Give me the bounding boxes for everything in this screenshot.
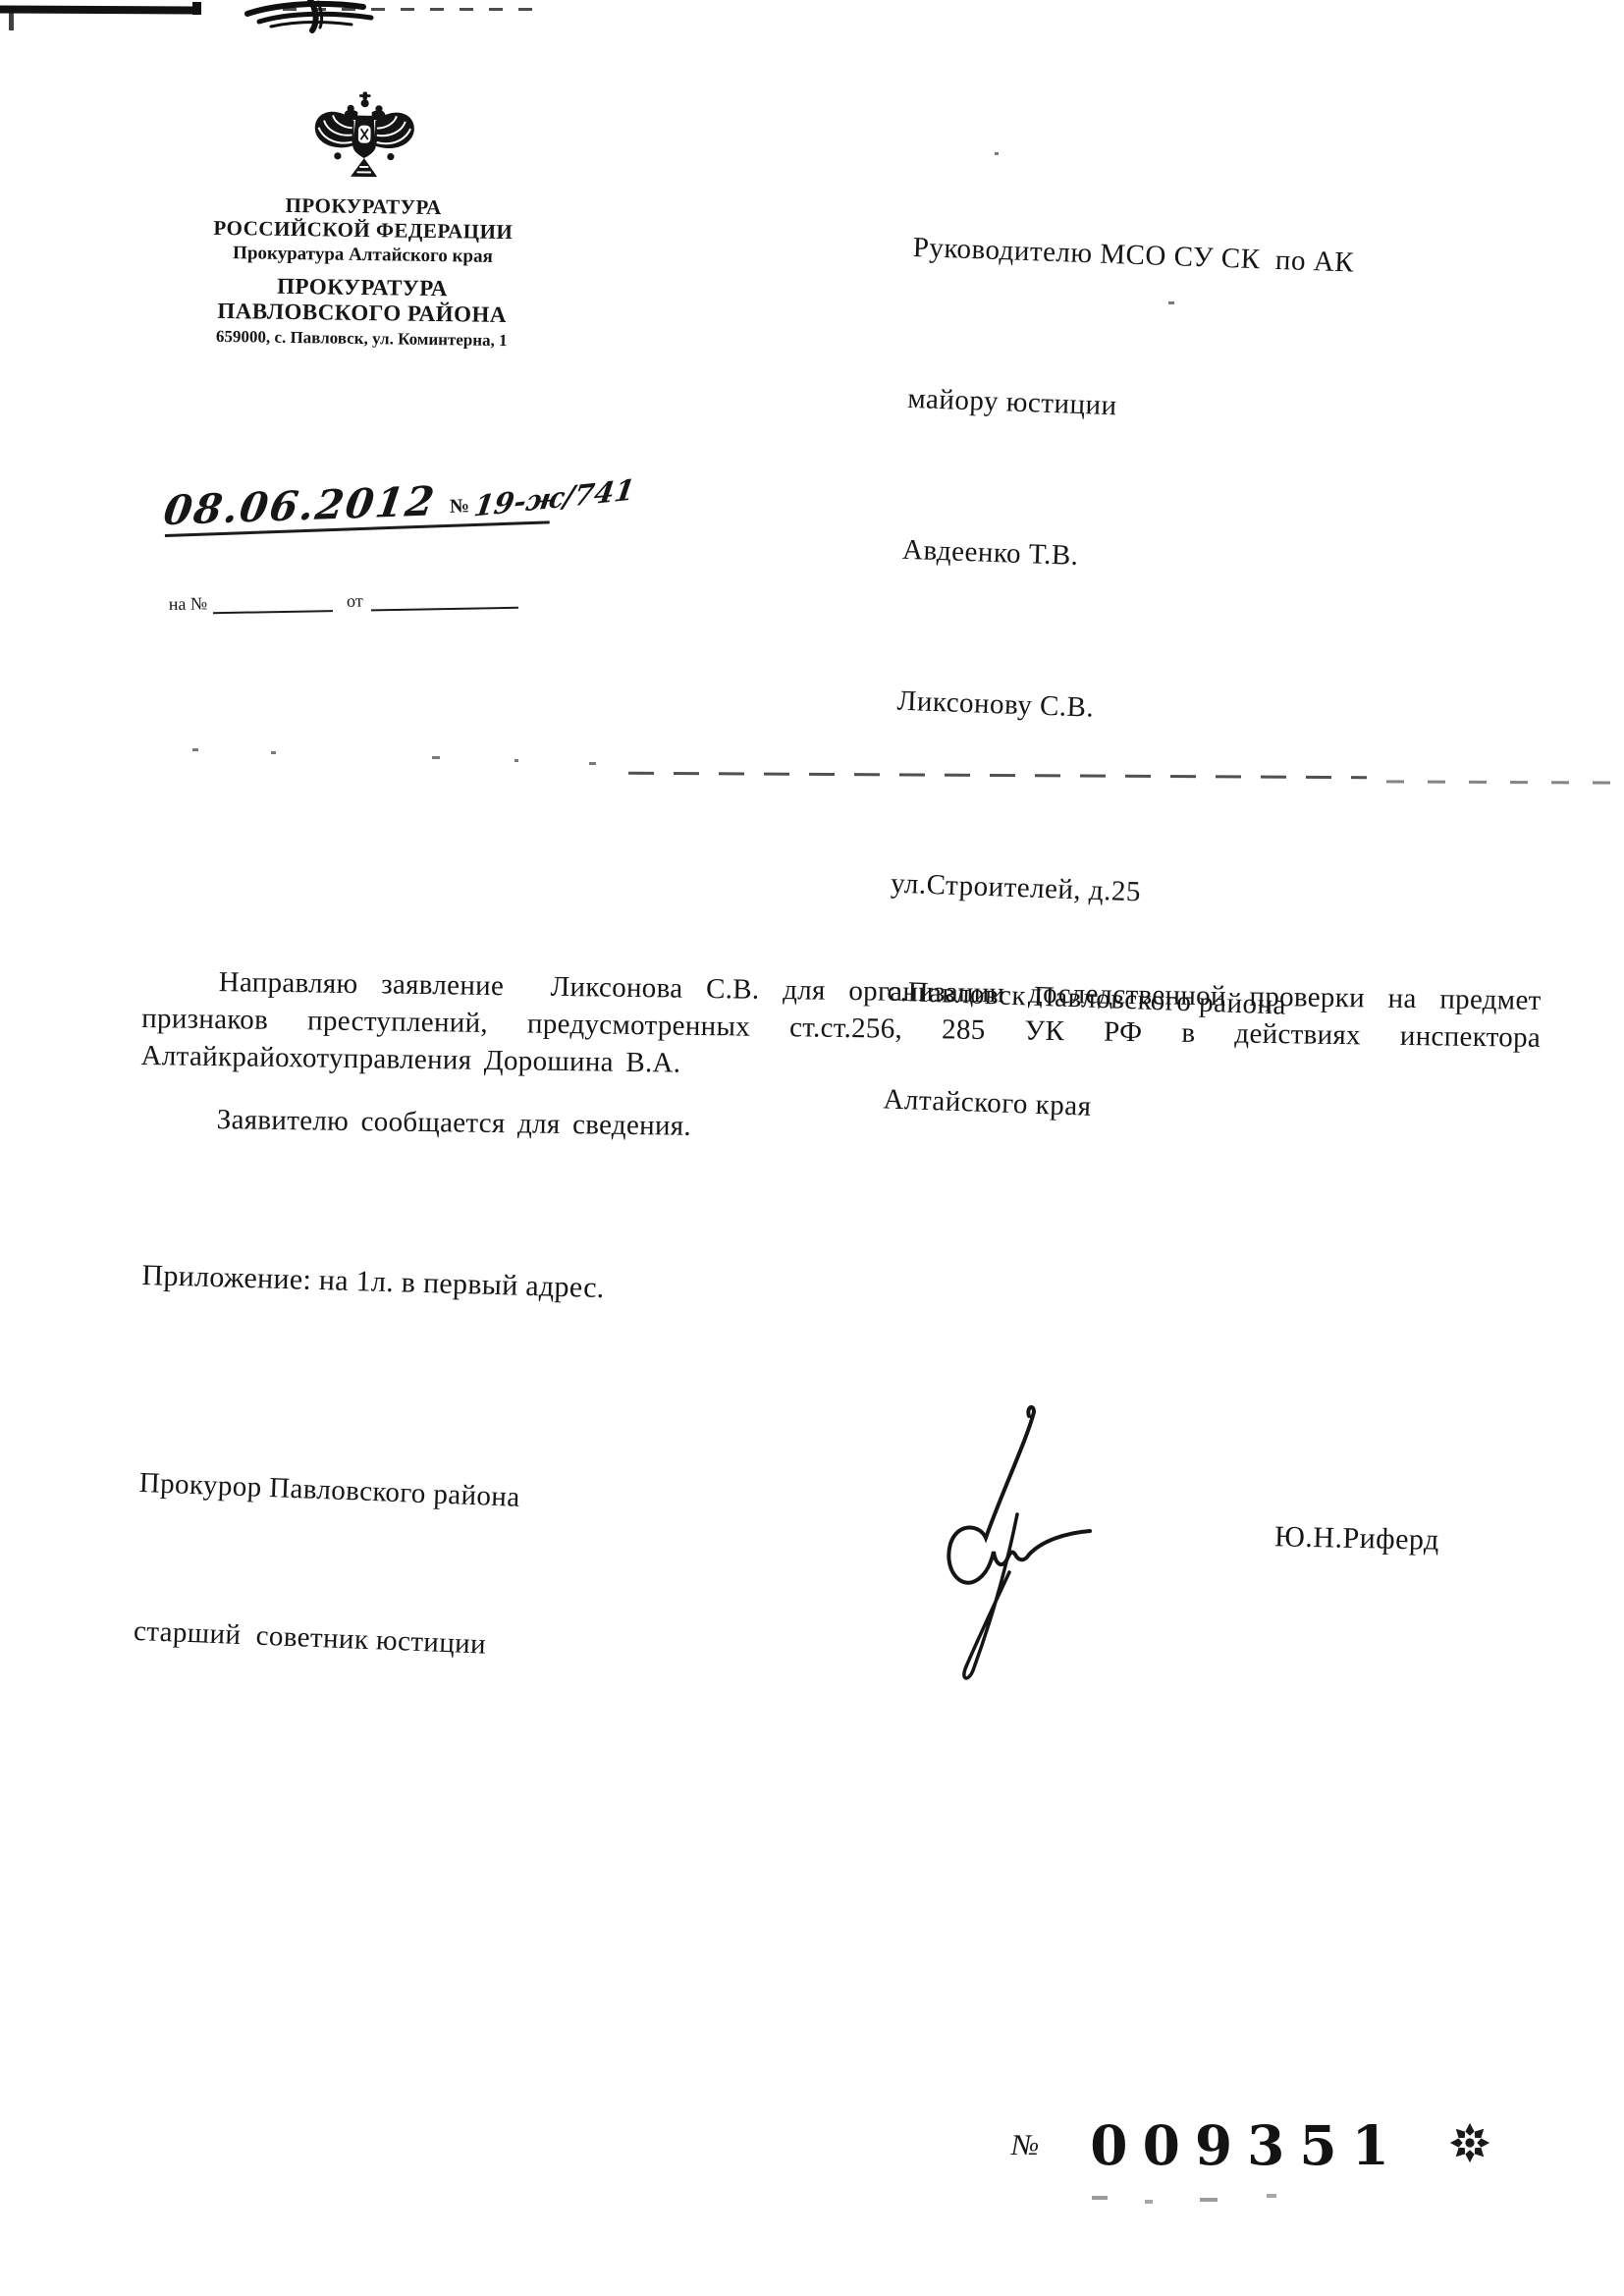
- scan-artifact-speck: [432, 756, 440, 759]
- scan-artifact-top-bar: [0, 5, 192, 14]
- signer-title-line2: старший советник юстиции: [133, 1615, 514, 1663]
- scan-artifact-speck: [1200, 2198, 1218, 2202]
- scan-artifact-speck: [995, 152, 999, 155]
- letterhead-address: 659000, с. Павловск, ул. Коминтерна, 1: [145, 325, 577, 352]
- recipient-address-line1: ул.Строителей, д.25: [891, 865, 1481, 923]
- body-paragraph-1: Направляю заявление Ликсонова С.В. для о…: [140, 962, 1541, 1094]
- scan-artifact-speck: [1267, 2194, 1276, 2198]
- recipient-line4: Ликсонову С.В.: [896, 683, 1487, 739]
- ref-number-blank: [213, 590, 333, 614]
- number-sign-label: №: [449, 495, 469, 519]
- body-paragraph-2: Заявителю сообщается для сведения.: [140, 1100, 1540, 1157]
- scan-artifact-speck: [1145, 2200, 1153, 2204]
- signer-title-block: Прокурор Павловского района старший сове…: [131, 1402, 523, 1727]
- letterhead-org-line2: РОССИЙСКОЙ ФЕДЕРАЦИИ: [147, 215, 579, 245]
- recipient-line1: Руководителю МСО СУ СК по АК: [912, 230, 1502, 286]
- recipient-line3: Авдеенко Т.В.: [901, 532, 1491, 588]
- handwritten-date: 08.06.2012: [161, 481, 438, 530]
- signer-title-line1: Прокурор Павловского района: [138, 1467, 520, 1514]
- reference-line: на №от: [169, 587, 518, 615]
- signature-scribble-icon: [903, 1394, 1100, 1689]
- ref-date-blank: [371, 587, 518, 612]
- scan-artifact-speck: [514, 759, 518, 762]
- scan-artifact-top-tick: [192, 2, 201, 15]
- scan-artifact-edge-mark: [9, 13, 14, 30]
- ref-ot-label: от: [347, 591, 363, 611]
- coat-of-arms-icon: [310, 89, 417, 191]
- scan-artifact-speck: [1092, 2196, 1108, 2200]
- scan-artifact-speck: [192, 748, 198, 751]
- signer-name: Ю.Н.Риферд: [1274, 1520, 1440, 1558]
- scanned-letter-page: ПРОКУРАТУРА РОССИЙСКОЙ ФЕДЕРАЦИИ Прокура…: [0, 0, 1624, 2296]
- outgoing-number-line: 08.06.2012 № 19-ж/741: [163, 477, 549, 537]
- attachment-line: Приложение: на 1л. в первый адрес.: [141, 1259, 605, 1305]
- letterhead: ПРОКУРАТУРА РОССИЙСКОЙ ФЕДЕРАЦИИ Прокура…: [145, 87, 581, 352]
- registry-stamp: № 009351: [1011, 2113, 1492, 2177]
- letterhead-org-line5: ПАВЛОВСКОГО РАЙОНА: [146, 298, 578, 329]
- registry-number-sign: №: [1011, 2129, 1039, 2162]
- rosette-stamp-icon: [1447, 2120, 1492, 2165]
- letterhead-org-line3: Прокуратура Алтайского края: [146, 241, 578, 269]
- recipient-line2: майору юстиции: [907, 381, 1497, 437]
- ref-na-label: на №: [169, 593, 208, 614]
- letter-body: Направляю заявление Ликсонова С.В. для о…: [140, 962, 1542, 1157]
- handwritten-outgoing-number: 19-ж/741: [472, 475, 637, 521]
- scan-artifact-ink-scribble: [242, 0, 389, 35]
- scan-artifact-speck: [1168, 301, 1174, 304]
- scan-artifact-speck: [589, 762, 596, 765]
- scan-artifact-speck: [271, 751, 276, 754]
- registry-number: 009351: [1090, 2113, 1404, 2177]
